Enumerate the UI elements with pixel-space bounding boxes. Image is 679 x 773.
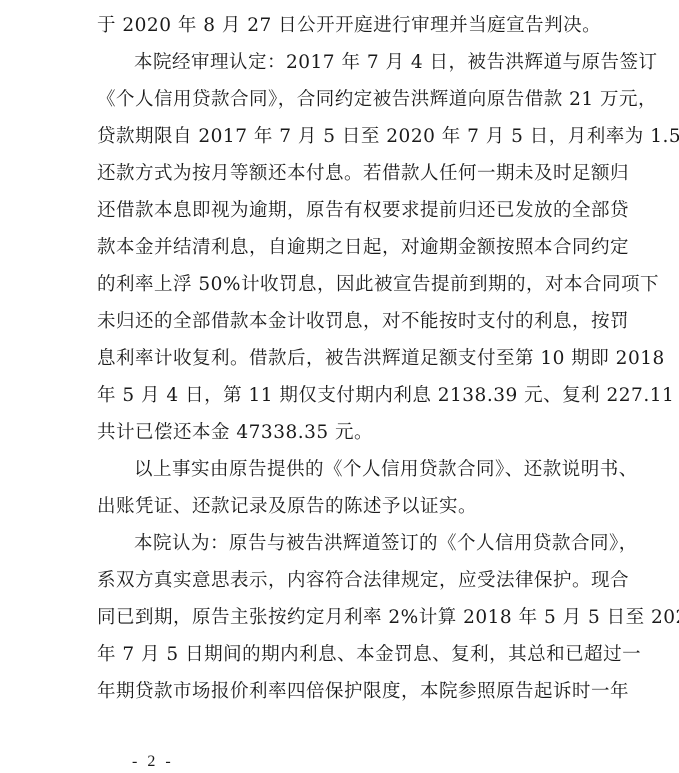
text-line: 未归还的全部借款本金计收罚息，对不能按时支付的利息，按罚 — [97, 303, 617, 340]
paragraph-evidence-start: 以上事实由原告提供的《个人信用贷款合同》、还款说明书、 — [97, 451, 617, 488]
text-line: 还借款本息即视为逾期，原告有权要求提前归还已发放的全部贷 — [97, 192, 617, 229]
text-line: 系双方真实意思表示，内容符合法律规定，应受法律保护。现合 — [97, 562, 617, 599]
text-line: 还款方式为按月等额还本付息。若借款人任何一期未及时足额归 — [97, 155, 617, 192]
paragraph-findings-start: 本院经审理认定：2017 年 7 月 4 日，被告洪辉道与原告签订 — [97, 44, 617, 81]
text-line: 于 2020 年 8 月 27 日公开开庭进行审理并当庭宣告判决。 — [97, 7, 617, 44]
document-body: 于 2020 年 8 月 27 日公开开庭进行审理并当庭宣告判决。 本院经审理认… — [97, 7, 617, 710]
text-line: 的利率上浮 50%计收罚息，因此被宣告提前到期的，对本合同项下 — [97, 266, 617, 303]
text-line: 年 7 月 5 日期间的期内利息、本金罚息、复利，其总和已超过一 — [97, 636, 617, 673]
text-line: 《个人信用贷款合同》，合同约定被告洪辉道向原告借款 21 万元， — [97, 81, 617, 118]
text-line: 款本金并结清利息，自逾期之日起，对逾期金额按照本合同约定 — [97, 229, 617, 266]
text-line: 共计已偿还本金 47338.35 元。 — [97, 414, 617, 451]
text-line: 息利率计收复利。借款后，被告洪辉道足额支付至第 10 期即 2018 — [97, 340, 617, 377]
text-line: 年期贷款市场报价利率四倍保护限度，本院参照原告起诉时一年 — [97, 673, 617, 710]
paragraph-court-opinion-start: 本院认为：原告与被告洪辉道签订的《个人信用贷款合同》， — [97, 525, 617, 562]
text-line: 出账凭证、还款记录及原告的陈述予以证实。 — [97, 488, 617, 525]
text-line: 同已到期，原告主张按约定月利率 2%计算 2018 年 5 月 5 日至 202… — [97, 599, 617, 636]
text-line: 年 5 月 4 日，第 11 期仅支付期内利息 2138.39 元、复利 227… — [97, 377, 617, 414]
document-page: 于 2020 年 8 月 27 日公开开庭进行审理并当庭宣告判决。 本院经审理认… — [0, 0, 679, 773]
text-line: 贷款期限自 2017 年 7 月 5 日至 2020 年 7 月 5 日，月利率… — [97, 118, 617, 155]
page-number: - 2 - — [132, 752, 174, 772]
